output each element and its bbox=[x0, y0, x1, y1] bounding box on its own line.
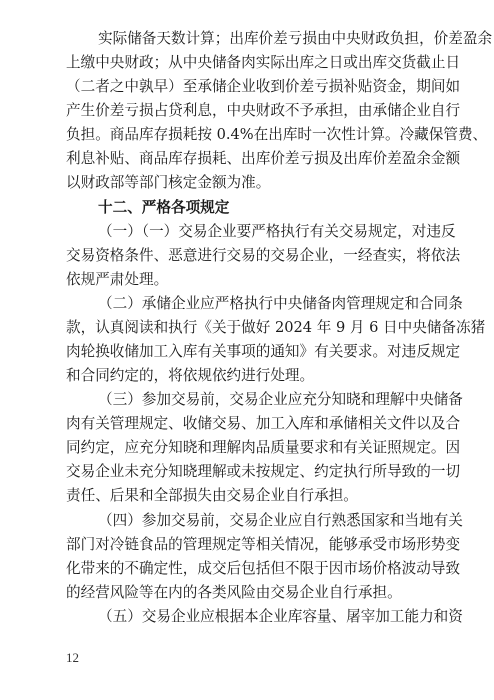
text-line: （二）承储企业应严格执行中央储备肉管理规定和合同条 bbox=[66, 292, 428, 316]
text-line: 和合同约定的，将依规依约进行处理。 bbox=[66, 364, 428, 388]
text-line: 以财政部等部门核定金额为准。 bbox=[66, 171, 428, 195]
text-line: 肉有关管理规定、收储交易、加工入库和承储相关文件以及合 bbox=[66, 412, 428, 436]
text-line: 实际储备天数计算；出库价差亏损由中央财政负担，价差盈余 bbox=[66, 27, 428, 51]
item-1: （一）（一）交易企业要严格执行有关交易规定，对违反交易资格条件、恶意进行交易的交… bbox=[66, 220, 428, 292]
text-line: （五）交易企业应根据本企业库容量、屠宰加工能力和资 bbox=[66, 605, 428, 629]
text-line: 肉轮换收储加工入库有关事项的通知》有关要求。对违反规定 bbox=[66, 340, 428, 364]
document-body: 实际储备天数计算；出库价差亏损由中央财政负担，价差盈余上缴中央财政；从中央储备肉… bbox=[66, 27, 428, 629]
text-line: 依规严肃处理。 bbox=[66, 268, 428, 292]
text-line: 责任、后果和全部损失由交易企业自行承担。 bbox=[66, 484, 428, 508]
document-page: 实际储备天数计算；出库价差亏损由中央财政负担，价差盈余上缴中央财政；从中央储备肉… bbox=[0, 0, 494, 700]
text-line: 利息补贴、商品库存损耗、出库价差亏损及出库价差盈余金额 bbox=[66, 147, 428, 171]
item-5: （五）交易企业应根据本企业库容量、屠宰加工能力和资 bbox=[66, 605, 428, 629]
text-line: 款，认真阅读和执行《关于做好 2024 年 9 月 6 日中央储备冻猪 bbox=[66, 316, 428, 340]
item-2: （二）承储企业应严格执行中央储备肉管理规定和合同条款，认真阅读和执行《关于做好 … bbox=[66, 292, 428, 388]
text-line: 同约定，应充分知晓和理解肉品质量要求和有关证照规定。因 bbox=[66, 436, 428, 460]
item-4: （四）参加交易前，交易企业应自行熟悉国家和当地有关部门对冷链食品的管理规定等相关… bbox=[66, 509, 428, 605]
text-line: （四）参加交易前，交易企业应自行熟悉国家和当地有关 bbox=[66, 509, 428, 533]
text-line: （一）（一）交易企业要严格执行有关交易规定，对违反 bbox=[66, 220, 428, 244]
text-line: 负担。商品库存损耗按 0.4%在出库时一次性计算。冷藏保管费、 bbox=[66, 123, 428, 147]
text-line: 交易企业未充分知晓理解或未按规定、约定执行所导致的一切 bbox=[66, 460, 428, 484]
text-line: 的经营风险等在内的各类风险由交易企业自行承担。 bbox=[66, 581, 428, 605]
text-line: （三）参加交易前，交易企业应充分知晓和理解中央储备 bbox=[66, 388, 428, 412]
cont-paragraph: 实际储备天数计算；出库价差亏损由中央财政负担，价差盈余上缴中央财政；从中央储备肉… bbox=[66, 27, 428, 196]
page-number: 12 bbox=[66, 650, 79, 666]
heading-text: 十二、严格各项规定 bbox=[66, 196, 428, 220]
text-line: （二者之中孰早）至承储企业收到价差亏损补贴资金，期间如 bbox=[66, 75, 428, 99]
section-heading: 十二、严格各项规定 bbox=[66, 196, 428, 220]
text-line: 上缴中央财政；从中央储备肉实际出库之日或出库交货截止日 bbox=[66, 51, 428, 75]
text-line: 交易资格条件、恶意进行交易的交易企业，一经查实，将依法 bbox=[66, 244, 428, 268]
item-3: （三）参加交易前，交易企业应充分知晓和理解中央储备肉有关管理规定、收储交易、加工… bbox=[66, 388, 428, 508]
text-line: 化带来的不确定性，成交后包括但不限于因市场价格波动导致 bbox=[66, 557, 428, 581]
text-line: 部门对冷链食品的管理规定等相关情况，能够承受市场形势变 bbox=[66, 533, 428, 557]
text-line: 产生价差亏损占贷利息，中央财政不予承担，由承储企业自行 bbox=[66, 99, 428, 123]
